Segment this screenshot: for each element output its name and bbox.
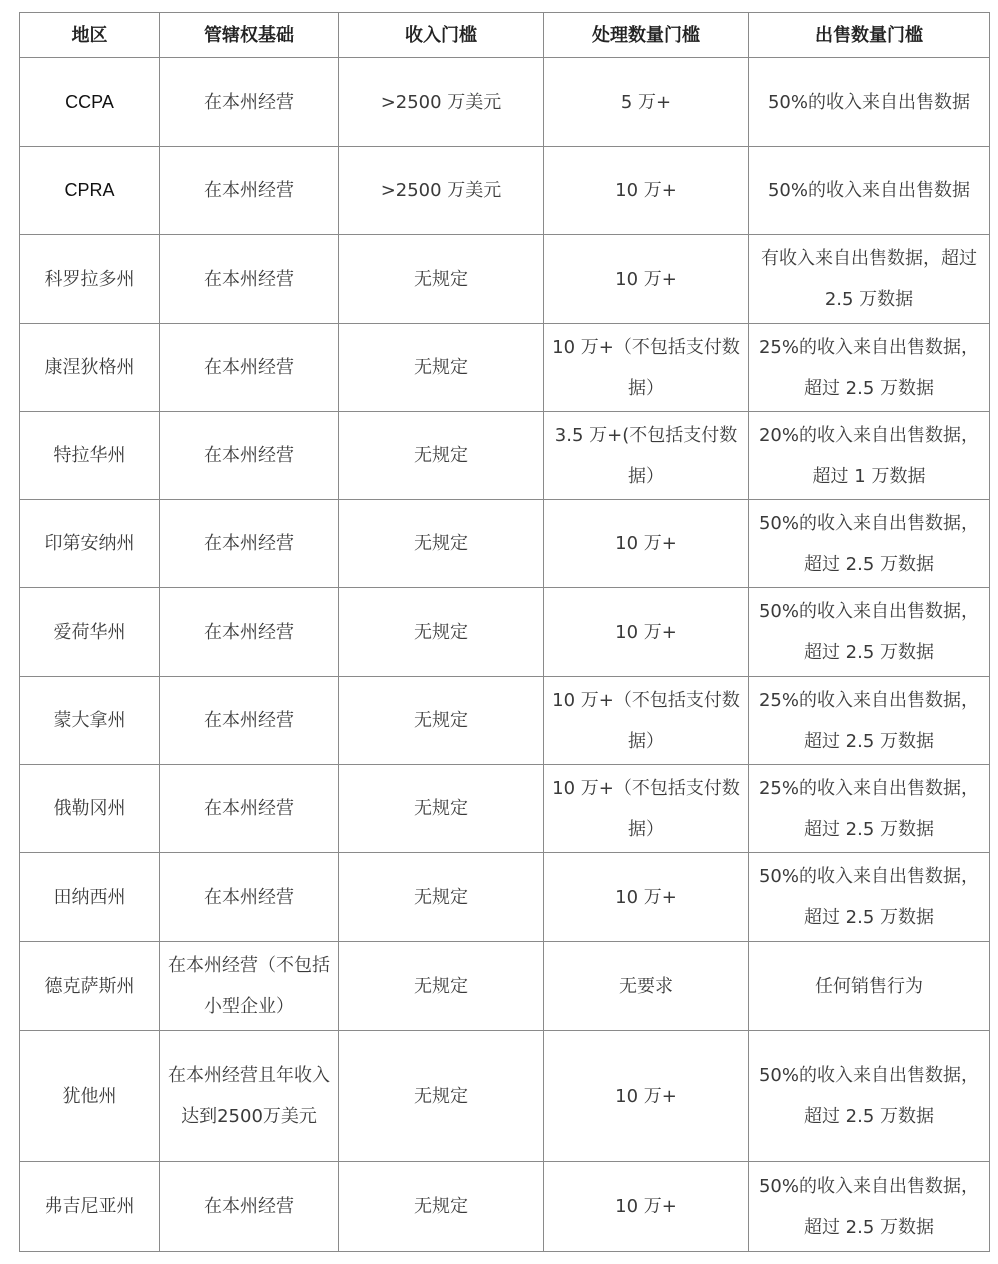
privacy-law-threshold-table: 地区 管辖权基础 收入门槛 处理数量门槛 出售数量门槛 CCPA在本州经营>25…	[19, 12, 990, 1252]
jurisdiction-cell: 在本州经营（不包括小型企业）	[160, 942, 339, 1031]
table-row: 爱荷华州在本州经营无规定10 万+50%的收入来自出售数据，超过 2.5 万数据	[20, 588, 990, 677]
sale-threshold-cell: 25%的收入来自出售数据，超过 2.5 万数据	[749, 765, 990, 853]
revenue-threshold-cell: 无规定	[339, 1031, 544, 1162]
sale-threshold-cell: 20%的收入来自出售数据，超过 1 万数据	[749, 412, 990, 500]
header-sale-threshold: 出售数量门槛	[749, 13, 990, 58]
region-cell: 科罗拉多州	[20, 235, 160, 324]
revenue-threshold-cell: 无规定	[339, 1162, 544, 1252]
sale-threshold-cell: 50%的收入来自出售数据，超过 2.5 万数据	[749, 1031, 990, 1162]
processing-threshold-cell: 10 万+	[544, 1031, 749, 1162]
table-row: 俄勒冈州在本州经营无规定10 万+（不包括支付数据）25%的收入来自出售数据，超…	[20, 765, 990, 853]
table-row: 犹他州在本州经营且年收入达到2500万美元无规定10 万+50%的收入来自出售数…	[20, 1031, 990, 1162]
jurisdiction-cell: 在本州经营	[160, 853, 339, 942]
table-row: CPRA在本州经营>2500 万美元10 万+50%的收入来自出售数据	[20, 147, 990, 235]
revenue-threshold-cell: 无规定	[339, 324, 544, 412]
table-row: 蒙大拿州在本州经营无规定10 万+（不包括支付数据）25%的收入来自出售数据，超…	[20, 677, 990, 765]
processing-threshold-cell: 10 万+	[544, 235, 749, 324]
sale-threshold-cell: 25%的收入来自出售数据，超过 2.5 万数据	[749, 324, 990, 412]
processing-threshold-cell: 10 万+（不包括支付数据）	[544, 677, 749, 765]
region-cell: 犹他州	[20, 1031, 160, 1162]
revenue-threshold-cell: 无规定	[339, 942, 544, 1031]
table-row: 弗吉尼亚州在本州经营无规定10 万+50%的收入来自出售数据，超过 2.5 万数…	[20, 1162, 990, 1252]
region-cell: CPRA	[20, 147, 160, 235]
region-cell: 田纳西州	[20, 853, 160, 942]
processing-threshold-cell: 10 万+	[544, 1162, 749, 1252]
revenue-threshold-cell: 无规定	[339, 412, 544, 500]
jurisdiction-cell: 在本州经营	[160, 765, 339, 853]
processing-threshold-cell: 10 万+	[544, 853, 749, 942]
table-row: 科罗拉多州在本州经营无规定10 万+有收入来自出售数据，超过 2.5 万数据	[20, 235, 990, 324]
processing-threshold-cell: 10 万+（不包括支付数据）	[544, 765, 749, 853]
jurisdiction-cell: 在本州经营	[160, 500, 339, 588]
region-cell: 康涅狄格州	[20, 324, 160, 412]
region-cell: 俄勒冈州	[20, 765, 160, 853]
sale-threshold-cell: 50%的收入来自出售数据	[749, 58, 990, 147]
revenue-threshold-cell: >2500 万美元	[339, 147, 544, 235]
table-row: CCPA在本州经营>2500 万美元5 万+50%的收入来自出售数据	[20, 58, 990, 147]
sale-threshold-cell: 50%的收入来自出售数据	[749, 147, 990, 235]
processing-threshold-cell: 10 万+	[544, 147, 749, 235]
revenue-threshold-cell: 无规定	[339, 588, 544, 677]
processing-threshold-cell: 10 万+	[544, 588, 749, 677]
processing-threshold-cell: 3.5 万+(不包括支付数据）	[544, 412, 749, 500]
revenue-threshold-cell: 无规定	[339, 765, 544, 853]
sale-threshold-cell: 50%的收入来自出售数据，超过 2.5 万数据	[749, 500, 990, 588]
revenue-threshold-cell: 无规定	[339, 500, 544, 588]
sale-threshold-cell: 任何销售行为	[749, 942, 990, 1031]
region-cell: 印第安纳州	[20, 500, 160, 588]
table-body: CCPA在本州经营>2500 万美元5 万+50%的收入来自出售数据CPRA在本…	[20, 58, 990, 1252]
jurisdiction-cell: 在本州经营	[160, 412, 339, 500]
jurisdiction-cell: 在本州经营	[160, 324, 339, 412]
processing-threshold-cell: 5 万+	[544, 58, 749, 147]
region-cell: CCPA	[20, 58, 160, 147]
table-row: 德克萨斯州在本州经营（不包括小型企业）无规定无要求任何销售行为	[20, 942, 990, 1031]
region-cell: 德克萨斯州	[20, 942, 160, 1031]
jurisdiction-cell: 在本州经营	[160, 677, 339, 765]
header-row: 地区 管辖权基础 收入门槛 处理数量门槛 出售数量门槛	[20, 13, 990, 58]
table-row: 特拉华州在本州经营无规定3.5 万+(不包括支付数据）20%的收入来自出售数据，…	[20, 412, 990, 500]
jurisdiction-cell: 在本州经营	[160, 58, 339, 147]
processing-threshold-cell: 无要求	[544, 942, 749, 1031]
revenue-threshold-cell: 无规定	[339, 677, 544, 765]
jurisdiction-cell: 在本州经营	[160, 588, 339, 677]
sale-threshold-cell: 50%的收入来自出售数据，超过 2.5 万数据	[749, 588, 990, 677]
table-row: 田纳西州在本州经营无规定10 万+50%的收入来自出售数据，超过 2.5 万数据	[20, 853, 990, 942]
jurisdiction-cell: 在本州经营	[160, 147, 339, 235]
jurisdiction-cell: 在本州经营且年收入达到2500万美元	[160, 1031, 339, 1162]
header-revenue-threshold: 收入门槛	[339, 13, 544, 58]
revenue-threshold-cell: 无规定	[339, 235, 544, 324]
header-jurisdiction: 管辖权基础	[160, 13, 339, 58]
jurisdiction-cell: 在本州经营	[160, 235, 339, 324]
table-row: 康涅狄格州在本州经营无规定10 万+（不包括支付数据）25%的收入来自出售数据，…	[20, 324, 990, 412]
sale-threshold-cell: 25%的收入来自出售数据，超过 2.5 万数据	[749, 677, 990, 765]
header-processing-threshold: 处理数量门槛	[544, 13, 749, 58]
sale-threshold-cell: 有收入来自出售数据，超过 2.5 万数据	[749, 235, 990, 324]
processing-threshold-cell: 10 万+	[544, 500, 749, 588]
region-cell: 弗吉尼亚州	[20, 1162, 160, 1252]
processing-threshold-cell: 10 万+（不包括支付数据）	[544, 324, 749, 412]
revenue-threshold-cell: 无规定	[339, 853, 544, 942]
table-row: 印第安纳州在本州经营无规定10 万+50%的收入来自出售数据，超过 2.5 万数…	[20, 500, 990, 588]
jurisdiction-cell: 在本州经营	[160, 1162, 339, 1252]
sale-threshold-cell: 50%的收入来自出售数据，超过 2.5 万数据	[749, 1162, 990, 1252]
header-region: 地区	[20, 13, 160, 58]
region-cell: 特拉华州	[20, 412, 160, 500]
revenue-threshold-cell: >2500 万美元	[339, 58, 544, 147]
region-cell: 蒙大拿州	[20, 677, 160, 765]
sale-threshold-cell: 50%的收入来自出售数据，超过 2.5 万数据	[749, 853, 990, 942]
region-cell: 爱荷华州	[20, 588, 160, 677]
